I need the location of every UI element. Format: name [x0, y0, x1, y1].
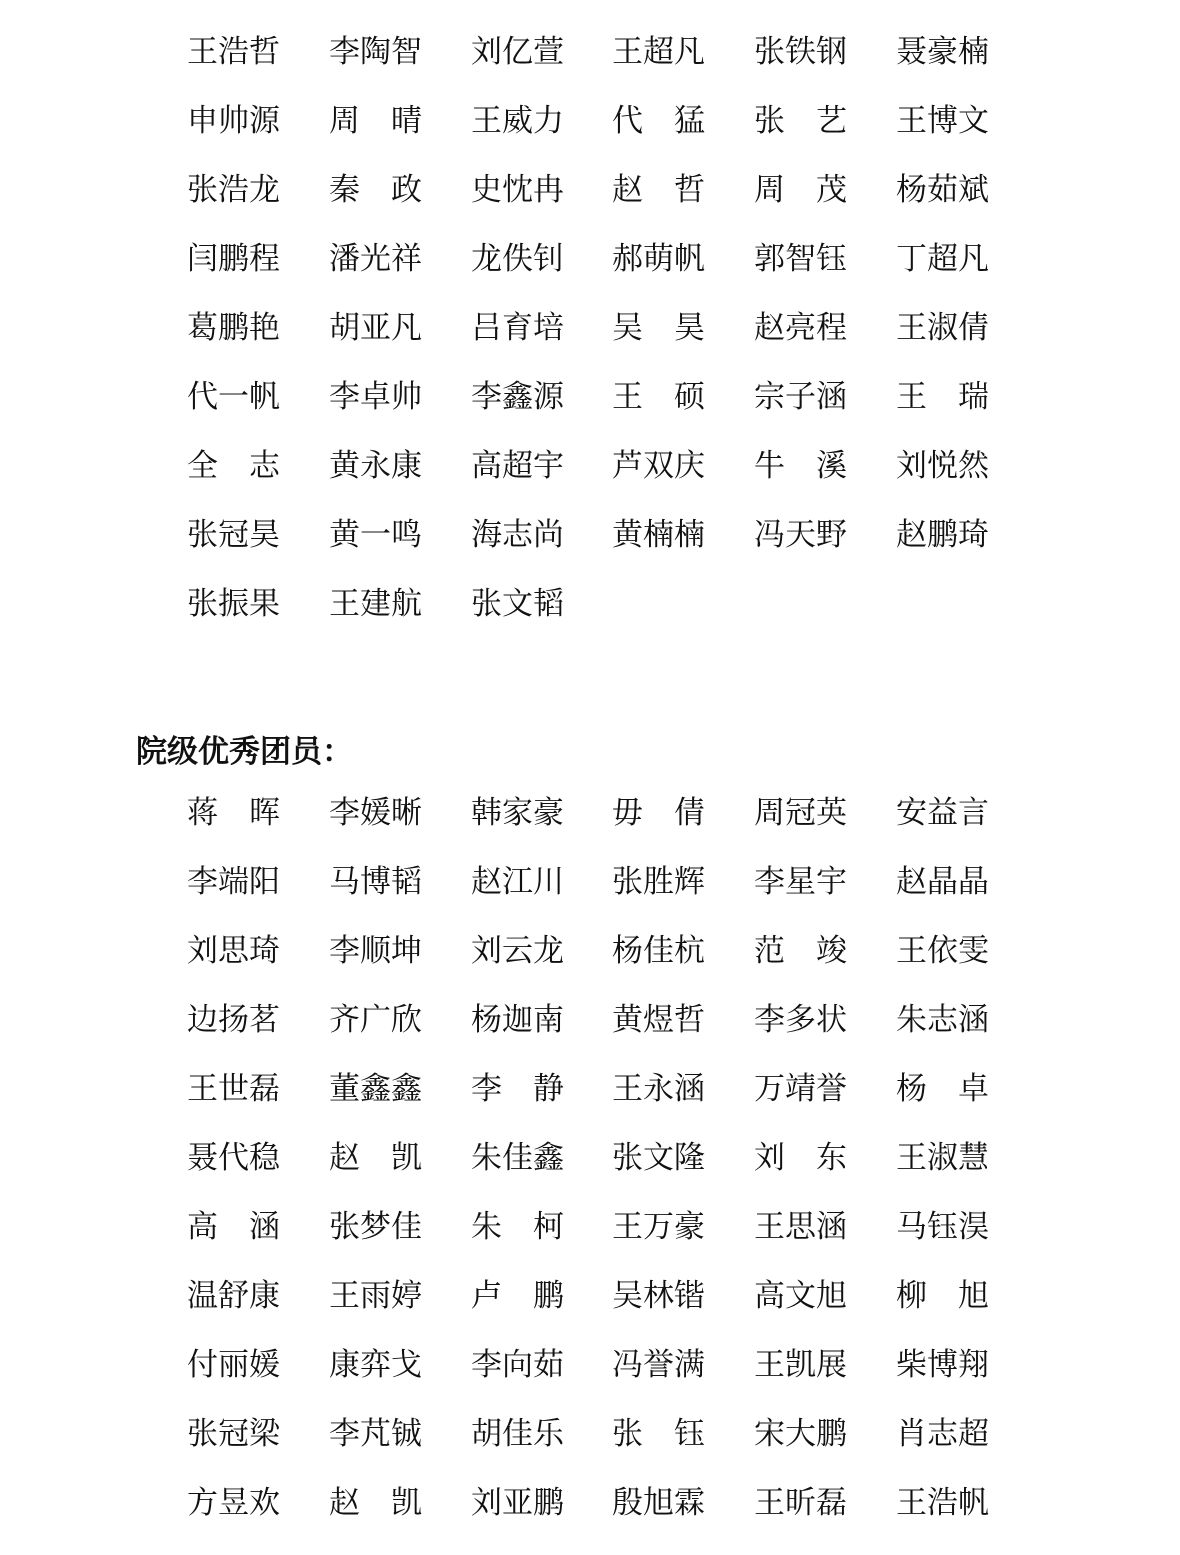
person-name: 王淑慧 [896, 1138, 989, 1178]
person-name: 李向茹 [471, 1345, 564, 1385]
name-row: 高 涵张梦佳朱 柯王万豪王思涵马钰淏 [187, 1207, 1007, 1276]
person-name: 黄煜哲 [612, 1000, 705, 1040]
person-name: 毋 倩 [612, 793, 705, 833]
person-name: 黄楠楠 [612, 515, 705, 555]
person-name: 李芃铖 [329, 1414, 422, 1454]
person-name: 赵 凯 [329, 1483, 422, 1523]
person-name: 张文韬 [471, 584, 564, 624]
person-name: 周冠英 [754, 793, 847, 833]
person-name: 郭智钰 [754, 239, 847, 279]
person-name: 胡佳乐 [471, 1414, 564, 1454]
person-name: 郝萌帆 [612, 239, 705, 279]
person-name: 杨茹斌 [896, 170, 989, 210]
person-name: 方昱欢 [187, 1483, 280, 1523]
person-name: 王世磊 [187, 1069, 280, 1109]
person-name: 丁超凡 [896, 239, 989, 279]
name-row: 张冠梁李芃铖胡佳乐张 钰宋大鹏肖志超 [187, 1414, 1007, 1483]
person-name: 卢 鹏 [471, 1276, 564, 1316]
person-name: 王超凡 [612, 32, 705, 72]
person-name: 宋大鹏 [754, 1414, 847, 1454]
person-name: 李 静 [471, 1069, 564, 1109]
name-row: 全 志黄永康高超宇芦双庆牛 溪刘悦然 [187, 446, 1007, 515]
person-name: 安益言 [896, 793, 989, 833]
person-name: 齐广欣 [329, 1000, 422, 1040]
person-name: 黄永康 [329, 446, 422, 486]
person-name: 王 硕 [612, 377, 705, 417]
person-name: 万靖誉 [754, 1069, 847, 1109]
person-name: 康弈戈 [329, 1345, 422, 1385]
person-name: 边扬茗 [187, 1000, 280, 1040]
person-name: 柴博翔 [896, 1345, 989, 1385]
person-name: 秦 政 [329, 170, 422, 210]
person-name: 王博文 [896, 101, 989, 141]
name-row: 聂代稳赵 凯朱佳鑫张文隆刘 东王淑慧 [187, 1138, 1007, 1207]
person-name: 冯誉满 [612, 1345, 705, 1385]
person-name: 赵 凯 [329, 1138, 422, 1178]
person-name: 冯天野 [754, 515, 847, 555]
person-name: 聂豪楠 [896, 32, 989, 72]
person-name: 芦双庆 [612, 446, 705, 486]
name-row: 申帅源周 晴王威力代 猛张 艺王博文 [187, 101, 1007, 170]
person-name: 柳 旭 [896, 1276, 989, 1316]
person-name: 赵 哲 [612, 170, 705, 210]
person-name: 张铁钢 [754, 32, 847, 72]
person-name: 殷旭霖 [612, 1483, 705, 1523]
person-name: 李媛晰 [329, 793, 422, 833]
person-name: 王淑倩 [896, 308, 989, 348]
person-name: 王万豪 [612, 1207, 705, 1247]
person-name: 牛 溪 [754, 446, 847, 486]
person-name: 赵江川 [471, 862, 564, 902]
name-row: 王浩哲李陶智刘亿萱王超凡张铁钢聂豪楠 [187, 32, 1007, 101]
person-name: 聂代稳 [187, 1138, 280, 1178]
section-heading-outstanding-members: 院级优秀团员： [136, 730, 353, 774]
person-name: 高超宇 [471, 446, 564, 486]
name-row: 王世磊董鑫鑫李 静王永涵万靖誉杨 卓 [187, 1069, 1007, 1138]
name-list-outstanding-members: 蒋 晖李媛晰韩家豪毋 倩周冠英安益言李端阳马博韬赵江川张胜辉李星宇赵晶晶刘思琦李… [187, 793, 1007, 1552]
person-name: 李顺坤 [329, 931, 422, 971]
person-name: 朱 柯 [471, 1207, 564, 1247]
name-row: 付丽媛康弈戈李向茹冯誉满王凯展柴博翔 [187, 1345, 1007, 1414]
person-name: 韩家豪 [471, 793, 564, 833]
person-name: 刘亿萱 [471, 32, 564, 72]
person-name: 王凯展 [754, 1345, 847, 1385]
person-name: 代 猛 [612, 101, 705, 141]
person-name: 刘云龙 [471, 931, 564, 971]
name-row: 刘思琦李顺坤刘云龙杨佳杭范 竣王依雯 [187, 931, 1007, 1000]
person-name: 胡亚凡 [329, 308, 422, 348]
person-name: 蒋 晖 [187, 793, 280, 833]
person-name: 张冠昊 [187, 515, 280, 555]
person-name: 王 瑞 [896, 377, 989, 417]
person-name: 吕育培 [471, 308, 564, 348]
person-name: 全 志 [187, 446, 280, 486]
person-name: 杨迦南 [471, 1000, 564, 1040]
person-name: 周 晴 [329, 101, 422, 141]
person-name: 吴 昊 [612, 308, 705, 348]
person-name: 马钰淏 [896, 1207, 989, 1247]
person-name: 张振果 [187, 584, 280, 624]
person-name: 肖志超 [896, 1414, 989, 1454]
person-name: 龙佚钊 [471, 239, 564, 279]
name-row: 方昱欢赵 凯刘亚鹏殷旭霖王昕磊王浩帆 [187, 1483, 1007, 1552]
person-name: 赵鹏琦 [896, 515, 989, 555]
person-name: 王建航 [329, 584, 422, 624]
person-name: 李端阳 [187, 862, 280, 902]
person-name: 张浩龙 [187, 170, 280, 210]
person-name: 王思涵 [754, 1207, 847, 1247]
person-name: 王雨婷 [329, 1276, 422, 1316]
person-name: 杨佳杭 [612, 931, 705, 971]
person-name: 宗子涵 [754, 377, 847, 417]
person-name: 申帅源 [187, 101, 280, 141]
person-name: 潘光祥 [329, 239, 422, 279]
person-name: 代一帆 [187, 377, 280, 417]
name-row: 张冠昊黄一鸣海志尚黄楠楠冯天野赵鹏琦 [187, 515, 1007, 584]
name-row: 蒋 晖李媛晰韩家豪毋 倩周冠英安益言 [187, 793, 1007, 862]
person-name: 付丽媛 [187, 1345, 280, 1385]
person-name: 张胜辉 [612, 862, 705, 902]
person-name: 刘亚鹏 [471, 1483, 564, 1523]
person-name: 王威力 [471, 101, 564, 141]
person-name: 李多状 [754, 1000, 847, 1040]
person-name: 王昕磊 [754, 1483, 847, 1523]
person-name: 朱志涵 [896, 1000, 989, 1040]
person-name: 张冠梁 [187, 1414, 280, 1454]
person-name: 李陶智 [329, 32, 422, 72]
name-row: 李端阳马博韬赵江川张胜辉李星宇赵晶晶 [187, 862, 1007, 931]
person-name: 史忱冉 [471, 170, 564, 210]
person-name: 李鑫源 [471, 377, 564, 417]
person-name: 王永涵 [612, 1069, 705, 1109]
name-row: 葛鹏艳胡亚凡吕育培吴 昊赵亮程王淑倩 [187, 308, 1007, 377]
person-name: 高 涵 [187, 1207, 280, 1247]
person-name: 赵晶晶 [896, 862, 989, 902]
person-name: 张 钰 [612, 1414, 705, 1454]
person-name: 范 竣 [754, 931, 847, 971]
person-name: 赵亮程 [754, 308, 847, 348]
person-name: 张 艺 [754, 101, 847, 141]
person-name: 李星宇 [754, 862, 847, 902]
person-name: 王浩帆 [896, 1483, 989, 1523]
name-row: 张浩龙秦 政史忱冉赵 哲周 茂杨茹斌 [187, 170, 1007, 239]
person-name: 马博韬 [329, 862, 422, 902]
person-name: 葛鹏艳 [187, 308, 280, 348]
name-row: 边扬茗齐广欣杨迦南黄煜哲李多状朱志涵 [187, 1000, 1007, 1069]
person-name: 朱佳鑫 [471, 1138, 564, 1178]
person-name: 周 茂 [754, 170, 847, 210]
person-name: 海志尚 [471, 515, 564, 555]
person-name: 闫鹏程 [187, 239, 280, 279]
person-name: 张梦佳 [329, 1207, 422, 1247]
person-name: 王浩哲 [187, 32, 280, 72]
name-list-top: 王浩哲李陶智刘亿萱王超凡张铁钢聂豪楠申帅源周 晴王威力代 猛张 艺王博文张浩龙秦… [187, 32, 1007, 653]
person-name: 温舒康 [187, 1276, 280, 1316]
person-name: 吴林锴 [612, 1276, 705, 1316]
name-row: 代一帆李卓帅李鑫源王 硕宗子涵王 瑞 [187, 377, 1007, 446]
person-name: 刘 东 [754, 1138, 847, 1178]
person-name: 王依雯 [896, 931, 989, 971]
person-name: 杨 卓 [896, 1069, 989, 1109]
person-name: 李卓帅 [329, 377, 422, 417]
person-name: 董鑫鑫 [329, 1069, 422, 1109]
person-name: 刘悦然 [896, 446, 989, 486]
name-row: 温舒康王雨婷卢 鹏吴林锴高文旭柳 旭 [187, 1276, 1007, 1345]
name-row: 闫鹏程潘光祥龙佚钊郝萌帆郭智钰丁超凡 [187, 239, 1007, 308]
person-name: 刘思琦 [187, 931, 280, 971]
name-row: 张振果王建航张文韬 [187, 584, 1007, 653]
person-name: 高文旭 [754, 1276, 847, 1316]
person-name: 黄一鸣 [329, 515, 422, 555]
person-name: 张文隆 [612, 1138, 705, 1178]
